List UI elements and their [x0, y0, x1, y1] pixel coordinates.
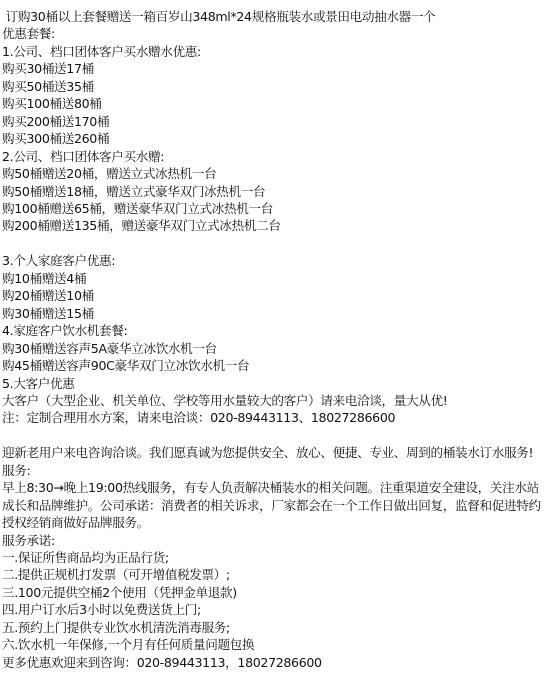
contact-label: 更多优惠欢迎来到咨询：	[2, 655, 137, 670]
offer-item: 购30桶赠送容声5A豪华立冰饮水机一台	[2, 340, 547, 357]
offer-item: 购100桶赠送65桶，赠送豪华双门立式冰热机一台	[2, 200, 547, 217]
section-family-dispenser: 4.家庭客户饮水机套餐: 购30桶赠送容声5A豪华立冰饮水机一台 购45桶赠送容…	[2, 322, 547, 374]
offer-item: 购50桶赠送18桶，赠送立式豪华双门冰热机一台	[2, 183, 547, 200]
section-key-accounts: 5.大客户优惠 大客户（大型企业、机关单位、学校等用水量较大的客户）请来电洽谈，…	[2, 375, 547, 427]
offer-item: 购10桶赠送4桶	[2, 270, 547, 287]
offer-item: 购买100桶送80桶	[2, 95, 547, 112]
offer-item: 购30桶赠送15桶	[2, 305, 547, 322]
commitment-item: 四.用户订水后3小时以免费送货上门;	[2, 601, 547, 618]
offer-item: 购50桶赠送20桶，赠送立式冰热机一台	[2, 165, 547, 182]
section-title: 4.家庭客户饮水机套餐:	[2, 322, 547, 339]
section-title: 5.大客户优惠	[2, 375, 547, 392]
commitment-item: 五.预约上门提供专业饮水机清洗消毒服务;	[2, 619, 547, 636]
commitment-item: 六.饮水机一年保修,一个月有任何质量问题包换	[2, 636, 547, 653]
welcome-paragraph: 迎新老用户来电咨询洽谈。我们愿真诚为您提供安全、放心、便捷、专业、周到的桶装水订…	[2, 444, 547, 461]
offer-item: 购20桶赠送10桶	[2, 287, 547, 304]
promotion-document: 订购30桶以上套餐赠送一箱百岁山348ml*24规格瓶装水或景田电动抽水器一个 …	[2, 8, 547, 671]
section-family-discount: 3.个人家庭客户优惠: 购10桶赠送4桶 购20桶赠送10桶 购30桶赠送15桶	[2, 252, 547, 322]
commitment-item: 三.100元提供空桶2个使用（凭押金单退款)	[2, 584, 547, 601]
spacer	[2, 235, 547, 252]
commitment-item: 二.提供正规机打发票（可开增值税发票）;	[2, 566, 547, 583]
section-group-discount: 1.公司、档口团体客户买水赠水优惠: 购买30桶送17桶 购买50桶送35桶 购…	[2, 43, 547, 148]
spacer	[2, 427, 547, 444]
offer-item: 购买200桶送170桶	[2, 113, 547, 130]
commitments-heading: 服务承诺:	[2, 532, 547, 549]
commitments-section: 服务承诺: 一.保证所售商品均为正品行货; 二.提供正规机打发票（可开增值税发票…	[2, 532, 547, 654]
intro-text: 订购30桶以上套餐赠送一箱百岁山348ml*24规格瓶装水或景田电动抽水器一个	[2, 8, 547, 25]
offer-item: 大客户（大型企业、机关单位、学校等用水量较大的客户）请来电洽谈，量大从优!	[2, 392, 547, 409]
service-heading: 服务:	[2, 462, 547, 479]
contact-note: 注：定制合理用水方案，请来电洽谈：020-89443113、1802728660…	[2, 409, 547, 426]
offer-item: 购买50桶送35桶	[2, 78, 547, 95]
section-title: 1.公司、档口团体客户买水赠水优惠:	[2, 43, 547, 60]
service-section: 服务: 早上8:30→晚上19:00热线服务，有专人负责解决桶装水的相关问题。注…	[2, 462, 547, 532]
section-group-gift: 2.公司、档口团体客户买水赠: 购50桶赠送20桶，赠送立式冰热机一台 购50桶…	[2, 148, 547, 235]
offer-item: 购45桶赠送容声90C豪华双门立冰饮水机一台	[2, 357, 547, 374]
section-title: 3.个人家庭客户优惠:	[2, 252, 547, 269]
packages-heading: 优惠套餐:	[2, 25, 547, 42]
section-title: 2.公司、档口团体客户买水赠:	[2, 148, 547, 165]
contact-phones: 020-89443113，18027286600	[137, 655, 322, 670]
offer-item: 购买30桶送17桶	[2, 60, 547, 77]
contact-line: 更多优惠欢迎来到咨询：020-89443113，18027286600	[2, 654, 547, 671]
offer-item: 购200桶赠送135桶，赠送豪华双门立式冰热机二台	[2, 217, 547, 234]
service-body: 早上8:30→晚上19:00热线服务，有专人负责解决桶装水的相关问题。注重渠道安…	[2, 479, 547, 531]
offer-item: 购买300桶送260桶	[2, 130, 547, 147]
commitment-item: 一.保证所售商品均为正品行货;	[2, 549, 547, 566]
